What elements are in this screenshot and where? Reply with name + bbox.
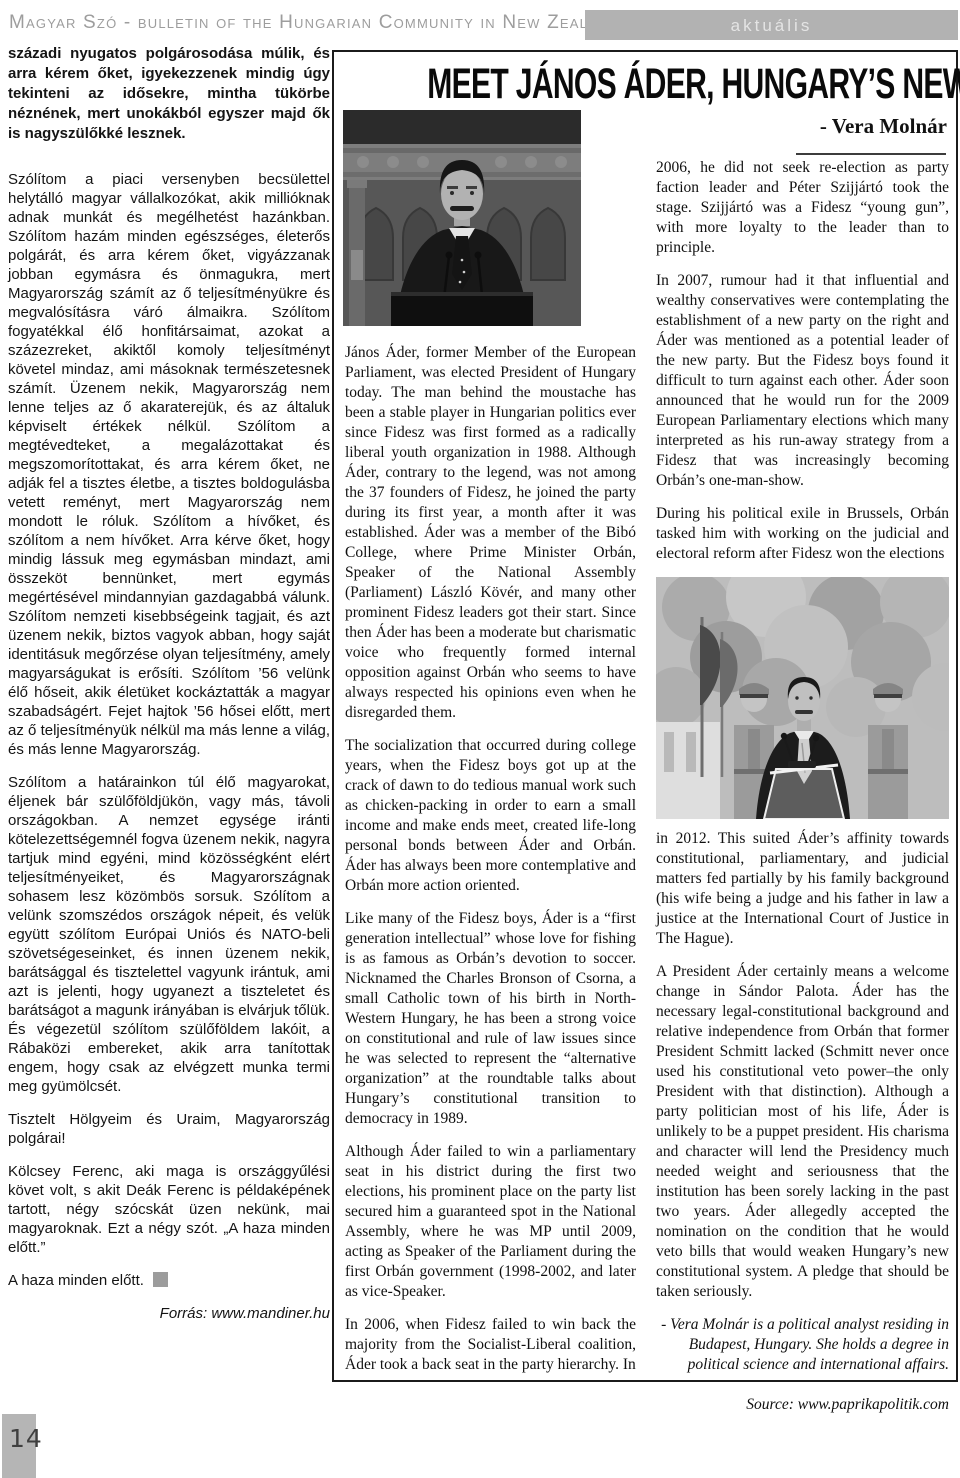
paragraph: In 2006, when Fidesz failed to win back …	[345, 1315, 636, 1375]
article-column-right: 2006, he did not seek re-election as par…	[656, 158, 949, 1428]
paragraph: Szólítom a határainkon túl élő magyaroka…	[8, 773, 330, 1096]
closing-line: A haza minden előtt.	[8, 1271, 330, 1290]
source-credit: Source: www.paprikapolitik.com	[656, 1395, 949, 1415]
source-credit: Forrás: www.mandiner.hu	[8, 1304, 330, 1323]
paragraph: Szólítom a piaci versenyben becsülettel …	[8, 170, 330, 759]
closing-text: A haza minden előtt.	[8, 1272, 144, 1289]
paragraph: századi nyugatos polgárosodása múlik, és…	[8, 44, 330, 144]
magazine-page: Magyar Szó - bulletin of the Hungarian C…	[0, 0, 960, 1478]
paragraph: Kölcsey Ferenc, aki maga is országgyűlés…	[8, 1162, 330, 1257]
paragraph: 2006, he did not seek re-election as par…	[656, 158, 949, 258]
paragraph: Tisztelt Hölgyeim és Uraim, Magyarország…	[8, 1110, 330, 1148]
byline-divider	[796, 153, 946, 155]
paragraph: in 2012. This suited Áder’s affinity tow…	[656, 829, 949, 949]
article-title: MEET JÁNOS ÁDER, HUNGARY’S NEW PRESIDENT	[427, 61, 862, 107]
author-bio: - Vera Molnár is a political analyst res…	[656, 1315, 949, 1375]
end-of-article-marker	[153, 1272, 168, 1287]
paragraph: Although Áder failed to win a parliament…	[345, 1142, 636, 1302]
page-number-box: 14	[2, 1414, 36, 1478]
paragraph: During his political exile in Brussels, …	[656, 504, 949, 564]
article-byline: - Vera Molnár	[820, 114, 947, 139]
paragraph: Like many of the Fidesz boys, Áder is a …	[345, 909, 636, 1129]
page-number: 14	[9, 1424, 43, 1453]
article-box: MEET JÁNOS ÁDER, HUNGARY’S NEW PRESIDENT	[332, 50, 958, 1382]
paragraph: In 2007, rumour had it that influential …	[656, 271, 949, 491]
masthead-title: Magyar Szó - bulletin of the Hungarian C…	[9, 12, 579, 34]
paragraph: The socialization that occurred during c…	[345, 736, 636, 896]
paragraph: János Áder, former Member of the Europea…	[345, 343, 636, 723]
paragraph: A President Áder certainly means a welco…	[656, 962, 949, 1302]
article-column-middle: János Áder, former Member of the Europea…	[345, 343, 636, 1388]
left-column: századi nyugatos polgárosodása múlik, és…	[8, 44, 330, 1337]
section-tag: aktuális	[585, 10, 958, 40]
ader-ceremony-photo	[656, 577, 949, 819]
ader-parliament-photo	[343, 110, 581, 326]
